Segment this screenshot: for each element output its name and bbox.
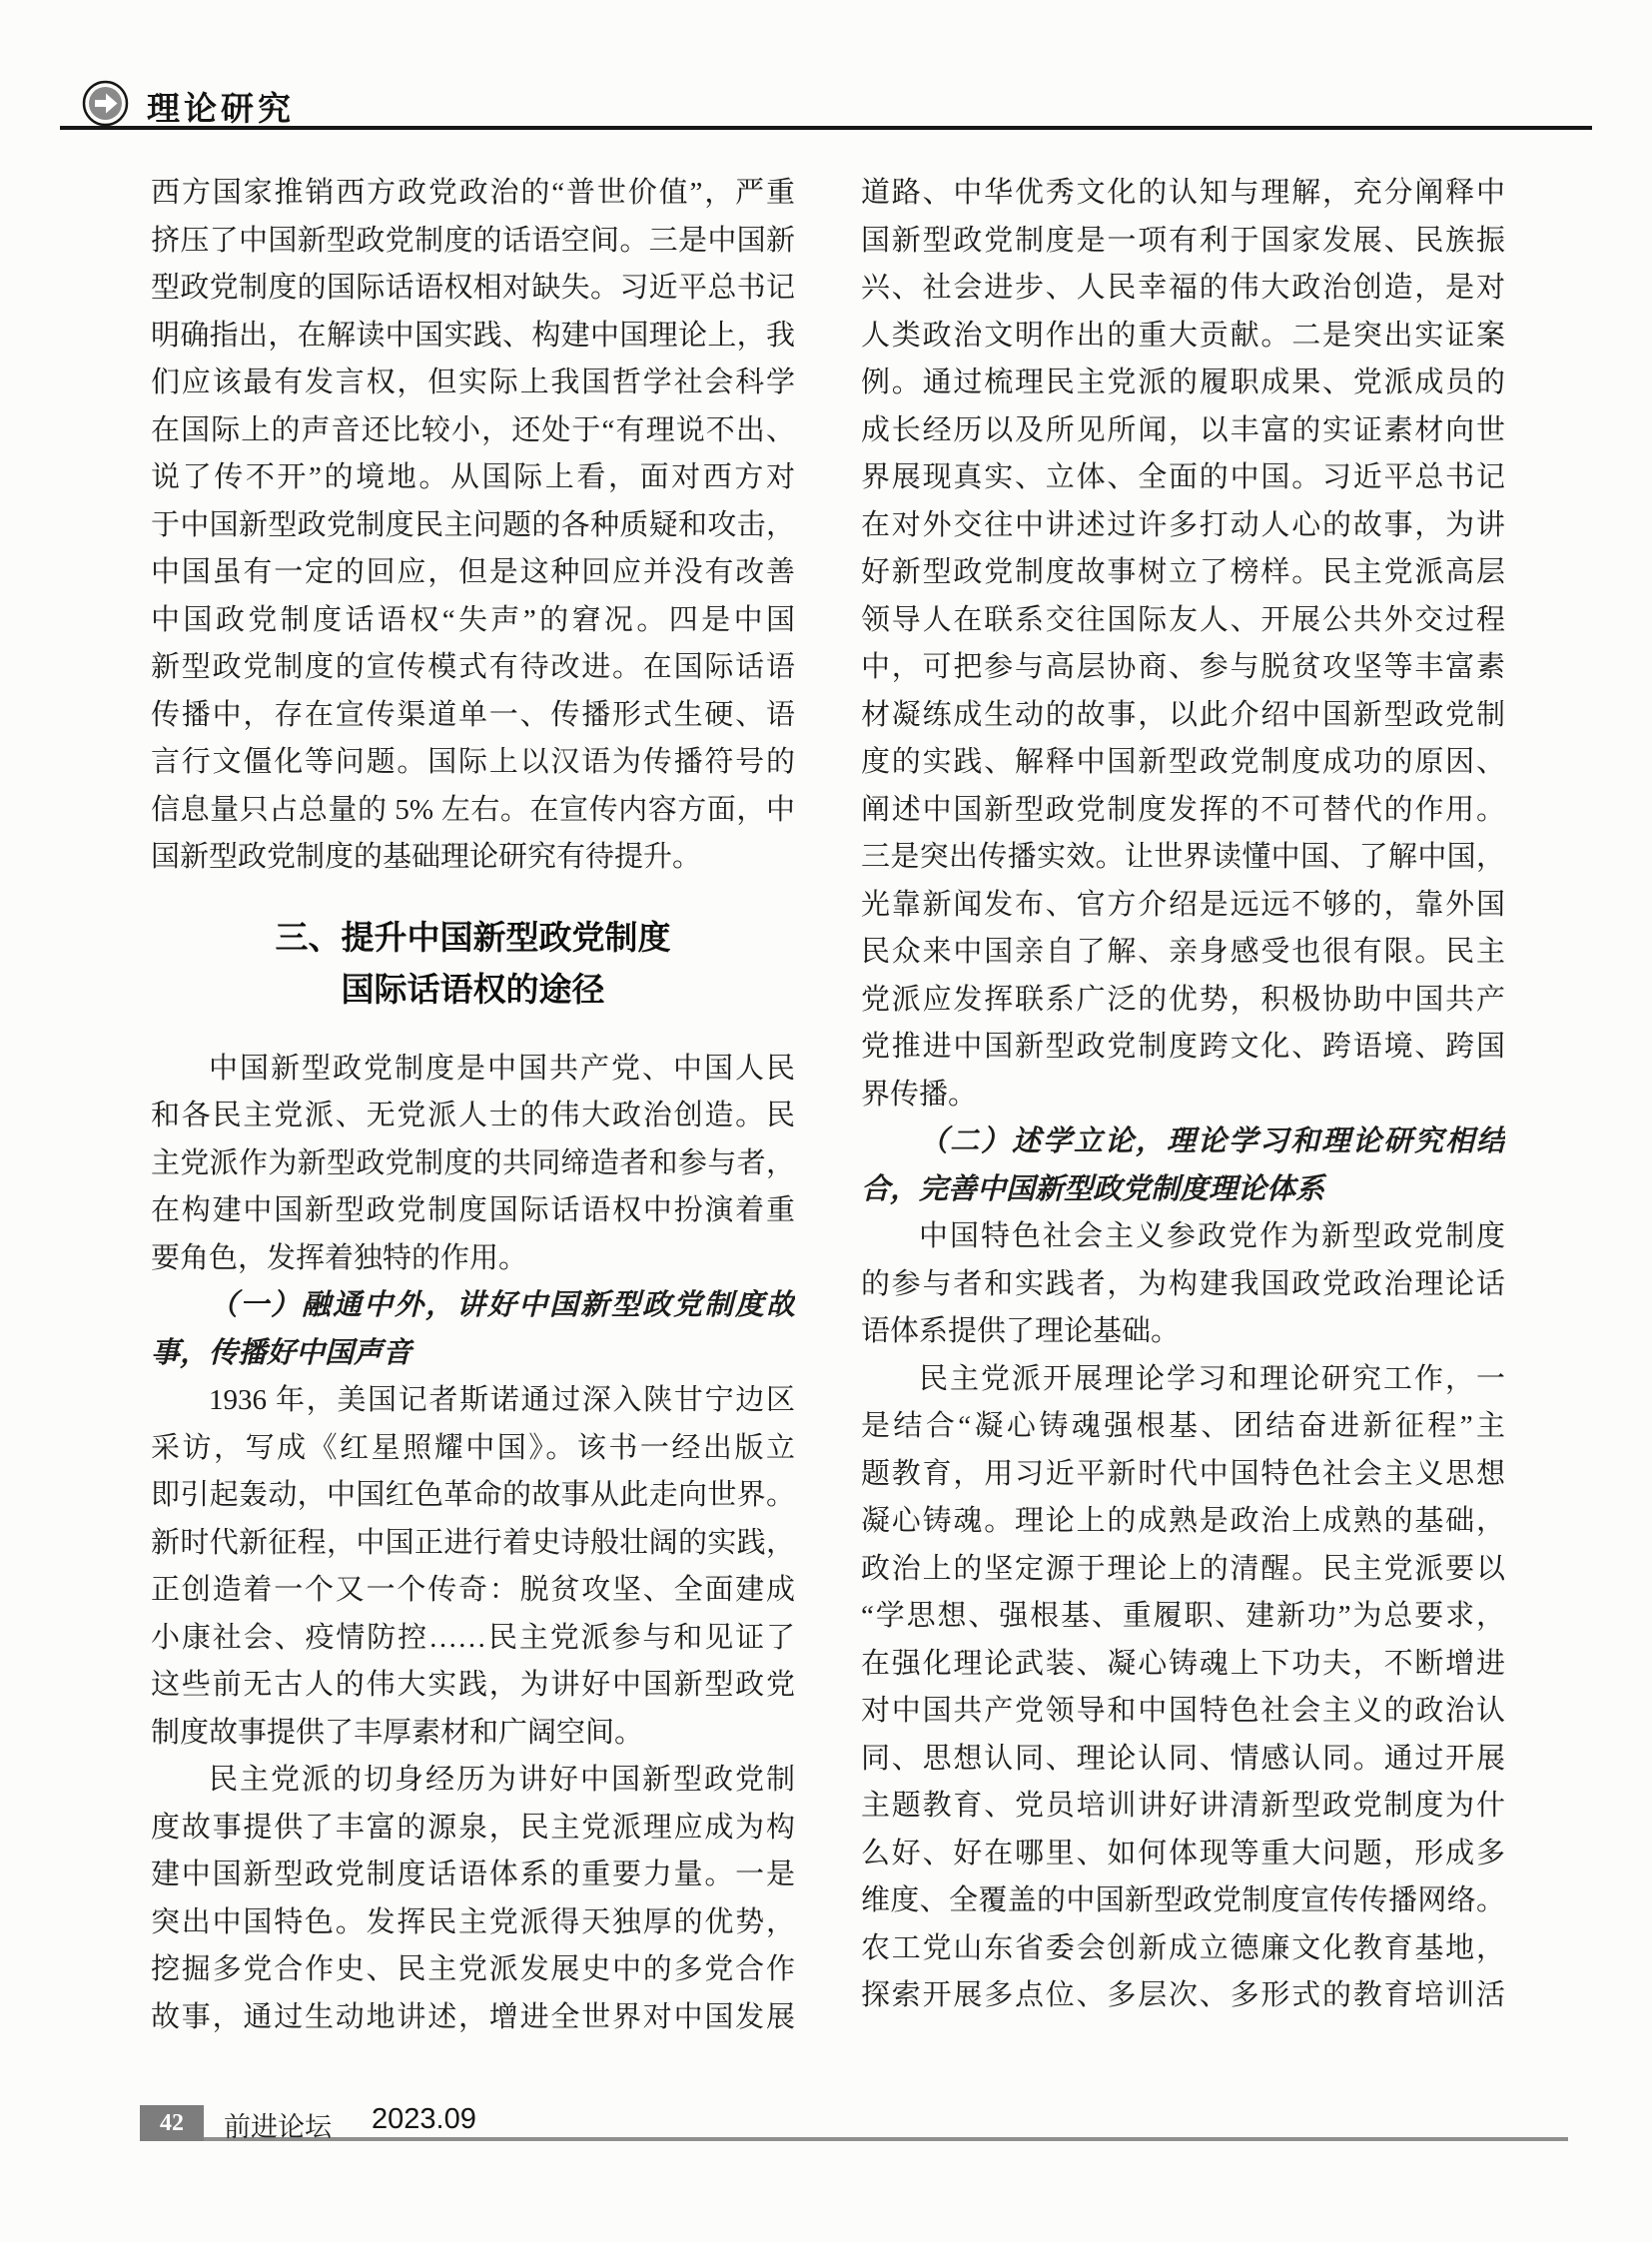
- text-line: 对中国共产党领导和中国特色社会主义的政治认: [861, 1688, 1505, 1736]
- text-line: 制度故事提供了丰厚素材和广阔空间。: [151, 1710, 795, 1758]
- text-line: 们应该最有发言权，但实际上我国哲学社会科学: [151, 360, 795, 407]
- right-column: 道路、中华优秀文化的认知与理解，充分阐释中国新型政党制度是一项有利于国家发展、民…: [861, 170, 1505, 2020]
- text-line: 人类政治文明作出的重大贡献。二是突出实证案: [861, 313, 1505, 361]
- text-line: 新型政党制度的宣传模式有待改进。在国际话语: [151, 644, 795, 692]
- header-rule: [60, 126, 1592, 130]
- text-line: 党推进中国新型政党制度跨文化、跨语境、跨国: [861, 1024, 1505, 1072]
- text-line: 即引起轰动，中国红色革命的故事从此走向世界。: [151, 1472, 795, 1520]
- text-line: 的参与者和实践者，为构建我国政党政治理论话: [861, 1261, 1505, 1309]
- text-line: 兴、社会进步、人民幸福的伟大政治创造，是对: [861, 265, 1505, 313]
- text-line: 挖掘多党合作史、民主党派发展史中的多党合作: [151, 1946, 795, 1994]
- text-line: 在强化理论武装、凝心铸魂上下功夫，不断增进: [861, 1641, 1505, 1689]
- text-line: 国际话语权的途径: [151, 964, 795, 1016]
- text-line: 采访，写成《红星照耀中国》。该书一经出版立: [151, 1425, 795, 1473]
- text-line: 国新型政党制度是一项有利于国家发展、民族振: [861, 218, 1505, 266]
- text-line: 于中国新型政党制度民主问题的各种质疑和攻击，: [151, 502, 795, 550]
- text-line: 建中国新型政党制度话语体系的重要力量。一是: [151, 1852, 795, 1899]
- footer-rule: [140, 2137, 1568, 2141]
- paragraph: 道路、中华优秀文化的认知与理解，充分阐释中国新型政党制度是一项有利于国家发展、民…: [861, 170, 1505, 1119]
- text-line: 合，完善中国新型政党制度理论体系: [861, 1166, 1505, 1214]
- heading: 三、提升中国新型政党制度国际话语权的途径: [151, 912, 795, 1016]
- subheading: （一）融通中外，讲好中国新型政党制度故事，传播好中国声音: [151, 1282, 795, 1377]
- text-line: 在对外交往中讲述过许多打动人心的故事，为讲: [861, 502, 1505, 550]
- text-line: 光靠新闻发布、官方介绍是远远不够的，靠外国: [861, 882, 1505, 930]
- text-line: 探索开展多点位、多层次、多形式的教育培训活: [861, 1972, 1505, 2020]
- text-line: 1936 年，美国记者斯诺通过深入陕甘宁边区: [151, 1377, 795, 1425]
- text-line: 三、提升中国新型政党制度: [151, 912, 795, 964]
- text-line: 要角色，发挥着独特的作用。: [151, 1235, 795, 1283]
- text-line: 领导人在联系交往国际友人、开展公共外交过程: [861, 597, 1505, 645]
- text-line: 主党派作为新型政党制度的共同缔造者和参与者，: [151, 1140, 795, 1188]
- text-line: 民主党派的切身经历为讲好中国新型政党制: [151, 1757, 795, 1805]
- text-line: 中国政党制度话语权“失声”的窘况。四是中国: [151, 597, 795, 645]
- text-line: 道路、中华优秀文化的认知与理解，充分阐释中: [861, 170, 1505, 218]
- text-line: 正创造着一个又一个传奇：脱贫攻坚、全面建成: [151, 1567, 795, 1615]
- text-line: 中国虽有一定的回应，但是这种回应并没有改善: [151, 549, 795, 597]
- text-line: 材凝练成生动的故事，以此介绍中国新型政党制: [861, 692, 1505, 740]
- text-line: 民众来中国亲自了解、亲身感受也很有限。民主: [861, 929, 1505, 977]
- text-line: 故事，通过生动地讲述，增进全世界对中国发展: [151, 1994, 795, 2042]
- text-line: （二）述学立论，理论学习和理论研究相结: [861, 1119, 1505, 1166]
- text-line: 突出中国特色。发挥民主党派得天独厚的优势，: [151, 1899, 795, 1947]
- text-line: 好新型政党制度故事树立了榜样。民主党派高层: [861, 549, 1505, 597]
- text-line: 度的实践、解释中国新型政党制度成功的原因、: [861, 739, 1505, 787]
- text-line: 型政党制度的国际话语权相对缺失。习近平总书记: [151, 265, 795, 313]
- text-line: 在构建中国新型政党制度国际话语权中扮演着重: [151, 1187, 795, 1235]
- text-line: 界展现真实、立体、全面的中国。习近平总书记: [861, 454, 1505, 502]
- page-number: 42: [160, 2110, 184, 2137]
- text-line: 西方国家推销西方政党政治的“普世价值”，严重: [151, 170, 795, 218]
- text-line: 中国特色社会主义参政党作为新型政党制度: [861, 1213, 1505, 1261]
- text-line: 语体系提供了理论基础。: [861, 1308, 1505, 1356]
- issue-number: 2023.09: [372, 2103, 476, 2136]
- journal-page: 理论研究 西方国家推销西方政党政治的“普世价值”，严重挤压了中国新型政党制度的话…: [0, 0, 1652, 2242]
- text-line: 中国新型政党制度是中国共产党、中国人民: [151, 1046, 795, 1094]
- subheading: （二）述学立论，理论学习和理论研究相结合，完善中国新型政党制度理论体系: [861, 1119, 1505, 1213]
- text-line: 事，传播好中国声音: [151, 1330, 795, 1378]
- text-line: 阐述中国新型政党制度发挥的不可替代的作用。: [861, 787, 1505, 835]
- text-line: 政治上的坚定源于理论上的清醒。民主党派要以: [861, 1546, 1505, 1594]
- text-line: 么好、好在哪里、如何体现等重大问题，形成多: [861, 1831, 1505, 1878]
- paragraph: 民主党派的切身经历为讲好中国新型政党制度故事提供了丰富的源泉，民主党派理应成为构…: [151, 1757, 795, 2041]
- text-line: 传播中，存在宣传渠道单一、传播形式生硬、语: [151, 692, 795, 740]
- text-line: 凝心铸魂。理论上的成熟是政治上成熟的基础，: [861, 1498, 1505, 1546]
- text-line: 言行文僵化等问题。国际上以汉语为传播符号的: [151, 739, 795, 787]
- text-line: 度故事提供了丰富的源泉，民主党派理应成为构: [151, 1805, 795, 1853]
- text-line: 党派应发挥联系广泛的优势，积极协助中国共产: [861, 977, 1505, 1025]
- paragraph: 中国新型政党制度是中国共产党、中国人民和各民主党派、无党派人士的伟大政治创造。民…: [151, 1046, 795, 1283]
- text-line: 在国际上的声音还比较小，还处于“有理说不出、: [151, 407, 795, 455]
- page-number-badge: 42: [140, 2105, 204, 2141]
- text-line: 题教育，用习近平新时代中国特色社会主义思想: [861, 1451, 1505, 1499]
- text-line: 说了传不开”的境地。从国际上看，面对西方对: [151, 454, 795, 502]
- text-line: 是结合“凝心铸魂强根基、团结奋进新征程”主: [861, 1403, 1505, 1451]
- text-line: 新时代新征程，中国正进行着史诗般壮阔的实践，: [151, 1520, 795, 1568]
- paragraph: 1936 年，美国记者斯诺通过深入陕甘宁边区采访，写成《红星照耀中国》。该书一经…: [151, 1377, 795, 1757]
- paragraph: 西方国家推销西方政党政治的“普世价值”，严重挤压了中国新型政党制度的话语空间。三…: [151, 170, 795, 882]
- left-column: 西方国家推销西方政党政治的“普世价值”，严重挤压了中国新型政党制度的话语空间。三…: [151, 170, 795, 2041]
- text-line: 例。通过梳理民主党派的履职成果、党派成员的: [861, 360, 1505, 407]
- text-line: 中，可把参与高层协商、参与脱贫攻坚等丰富素: [861, 644, 1505, 692]
- text-line: 同、思想认同、理论认同、情感认同。通过开展: [861, 1736, 1505, 1784]
- arrow-right-circle-icon: [82, 80, 129, 127]
- paragraph: 中国特色社会主义参政党作为新型政党制度的参与者和实践者，为构建我国政党政治理论话…: [861, 1213, 1505, 1356]
- text-line: “学思想、强根基、重履职、建新功”为总要求，: [861, 1593, 1505, 1641]
- section-title: 理论研究: [147, 83, 295, 130]
- text-line: 国新型政党制度的基础理论研究有待提升。: [151, 834, 795, 882]
- text-line: 挤压了中国新型政党制度的话语空间。三是中国新: [151, 218, 795, 266]
- text-line: 和各民主党派、无党派人士的伟大政治创造。民: [151, 1093, 795, 1140]
- text-line: 民主党派开展理论学习和理论研究工作，一: [861, 1356, 1505, 1404]
- text-line: 信息量只占总量的 5% 左右。在宣传内容方面，中: [151, 787, 795, 835]
- paragraph: 民主党派开展理论学习和理论研究工作，一是结合“凝心铸魂强根基、团结奋进新征程”主…: [861, 1356, 1505, 2020]
- text-line: 主题教育、党员培训讲好讲清新型政党制度为什: [861, 1783, 1505, 1831]
- text-line: 成长经历以及所见所闻，以丰富的实证素材向世: [861, 407, 1505, 455]
- text-line: 这些前无古人的伟大实践，为讲好中国新型政党: [151, 1662, 795, 1710]
- text-line: 小康社会、疫情防控……民主党派参与和见证了: [151, 1615, 795, 1663]
- text-line: 明确指出，在解读中国实践、构建中国理论上，我: [151, 313, 795, 361]
- text-line: 界传播。: [861, 1072, 1505, 1120]
- journal-name: 前进论坛: [224, 2105, 332, 2144]
- text-line: （一）融通中外，讲好中国新型政党制度故: [151, 1282, 795, 1330]
- text-line: 农工党山东省委会创新成立德廉文化教育基地，: [861, 1925, 1505, 1973]
- text-line: 维度、全覆盖的中国新型政党制度宣传传播网络。: [861, 1877, 1505, 1925]
- text-line: 三是突出传播实效。让世界读懂中国、了解中国，: [861, 834, 1505, 882]
